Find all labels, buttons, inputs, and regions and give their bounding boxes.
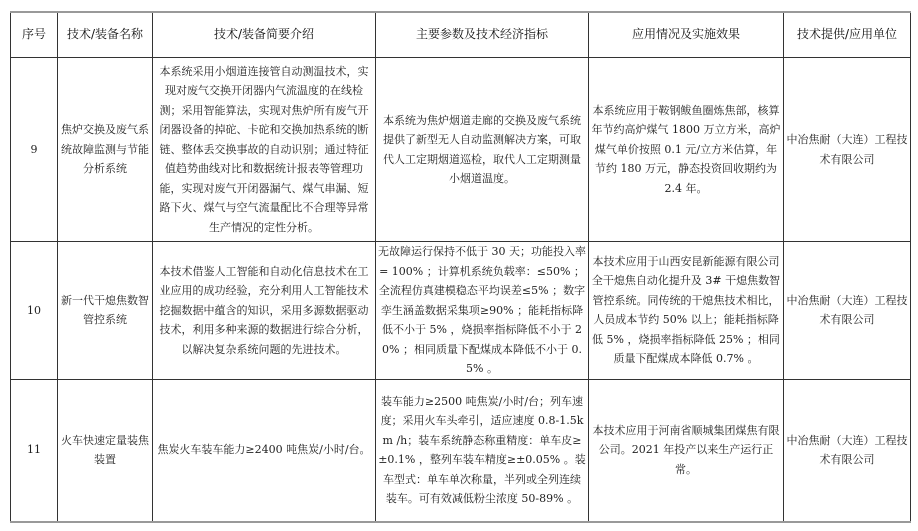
cell-provider: 中冶焦耐（大连）工程技术有限公司 <box>784 379 911 522</box>
cell-tech-intro: 本技术借鉴人工智能和自动化信息技术在工业应用的成功经验，充分利用人工智能技术挖掘… <box>153 242 376 380</box>
cell-application: 本技术应用于山西安昆新能源有限公司全干熄焦自动化提升及 3# 干熄焦数智管控系统… <box>589 242 784 380</box>
cell-main-params: 装车能力≥2500 吨焦炭/小时/台；列车速度；采用火车头牵引，适应速度 0.8… <box>376 379 589 522</box>
cell-tech-name: 火车快速定量装焦装置 <box>58 379 153 522</box>
cell-application: 本技术应用于河南省顺城集团煤焦有限公司。2021 年投产以来生产运行正常。 <box>589 379 784 522</box>
header-main-params: 主要参数及技术经济指标 <box>376 12 589 58</box>
cell-tech-intro: 焦炭火车装车能力≥2400 吨焦炭/小时/台。 <box>153 379 376 522</box>
cell-tech-name: 焦炉交换及废气系统故障监测与节能分析系统 <box>58 58 153 242</box>
technology-table: 序号 技术/装备名称 技术/装备简要介绍 主要参数及技术经济指标 应用情况及实施… <box>10 11 911 523</box>
table-row: 9 焦炉交换及废气系统故障监测与节能分析系统 本系统采用小烟道连接管自动测温技术… <box>11 58 911 242</box>
header-serial-no: 序号 <box>11 12 58 58</box>
cell-tech-intro: 本系统采用小烟道连接管自动测温技术，实现对废气交换开闭器内气流温度的在线检测；采… <box>153 58 376 242</box>
cell-main-params: 本系统为焦炉烟道走廊的交换及废气系统提供了新型无人自动监测解决方案，可取代人工定… <box>376 58 589 242</box>
cell-serial-no: 11 <box>11 379 58 522</box>
header-tech-intro: 技术/装备简要介绍 <box>153 12 376 58</box>
cell-application: 本系统应用于鞍钢鲅鱼圈炼焦部，核算年节约高炉煤气 1800 万立方米，高炉煤气单… <box>589 58 784 242</box>
cell-provider: 中冶焦耐（大连）工程技术有限公司 <box>784 58 911 242</box>
cell-serial-no: 10 <box>11 242 58 380</box>
table-row: 10 新一代干熄焦数智管控系统 本技术借鉴人工智能和自动化信息技术在工业应用的成… <box>11 242 911 380</box>
header-row: 序号 技术/装备名称 技术/装备简要介绍 主要参数及技术经济指标 应用情况及实施… <box>11 12 911 58</box>
cell-serial-no: 9 <box>11 58 58 242</box>
header-provider: 技术提供/应用单位 <box>784 12 911 58</box>
cell-provider: 中冶焦耐（大连）工程技术有限公司 <box>784 242 911 380</box>
table-row: 11 火车快速定量装焦装置 焦炭火车装车能力≥2400 吨焦炭/小时/台。 装车… <box>11 379 911 522</box>
header-application: 应用情况及实施效果 <box>589 12 784 58</box>
cell-tech-name: 新一代干熄焦数智管控系统 <box>58 242 153 380</box>
cell-main-params: 无故障运行保持不低于 30 天；功能投入率 = 100% ；计算机系统负载率：≤… <box>376 242 589 380</box>
header-tech-name: 技术/装备名称 <box>58 12 153 58</box>
